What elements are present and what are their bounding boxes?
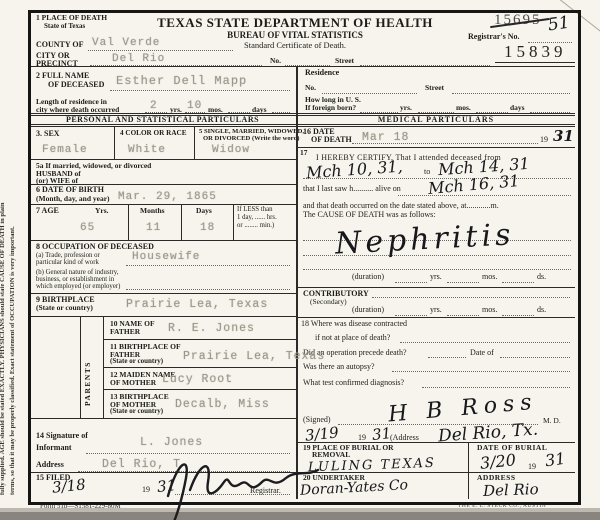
margin-note-outer: fully supplied. AGE should be stated EXA… bbox=[0, 30, 7, 495]
rule bbox=[28, 115, 575, 116]
rule bbox=[194, 126, 195, 159]
filed-year-prefix: 19 bbox=[142, 486, 150, 494]
duration-ds-label: ds. bbox=[537, 273, 546, 281]
age-less-label2: 1 day, ...... hrs. bbox=[237, 214, 277, 221]
occupation-b-label3: which employed (or employer) bbox=[36, 283, 120, 290]
residence-yrs-value: 2 bbox=[150, 100, 158, 112]
operation-date-label: Date of bbox=[470, 349, 494, 357]
duration-yrs-label: yrs. bbox=[430, 273, 442, 281]
signed-date-value: 3/19 bbox=[304, 423, 339, 444]
rule bbox=[28, 293, 297, 294]
signed-year-value: 31 bbox=[371, 424, 392, 444]
age-less-label3: or ........ min.) bbox=[237, 222, 274, 229]
rule bbox=[428, 356, 466, 358]
informant-label2: Informant bbox=[36, 444, 72, 452]
rule bbox=[322, 92, 417, 94]
autopsy-label: Was there an autopsy? bbox=[303, 363, 375, 371]
rule bbox=[297, 287, 575, 288]
registrar-no-label: Registrar's No. bbox=[468, 33, 520, 41]
rule bbox=[114, 126, 115, 159]
signed-md-label: M. D. bbox=[543, 417, 561, 425]
mother-name-value: Lucy Root bbox=[162, 373, 233, 386]
rule bbox=[297, 147, 575, 148]
registrar-signature bbox=[150, 448, 325, 518]
rule bbox=[422, 386, 570, 388]
county-label: COUNTY OF bbox=[36, 41, 83, 49]
rule bbox=[395, 281, 427, 283]
residence-mos-value: 10 bbox=[187, 100, 202, 112]
age-months-value: 11 bbox=[146, 222, 161, 234]
date-of-death-value: Mar 18 bbox=[362, 131, 409, 144]
rule bbox=[468, 442, 469, 499]
burial-year-prefix: 19 bbox=[528, 463, 536, 471]
us-yrs-label: yrs. bbox=[400, 104, 412, 112]
where-contracted-label2: if not at place of death? bbox=[315, 334, 390, 342]
rule bbox=[502, 314, 534, 316]
dod-year-prefix: 19 bbox=[540, 136, 548, 144]
contributory-sublabel: (Secondary) bbox=[310, 298, 347, 306]
header-no-label: No. bbox=[270, 57, 281, 65]
father-birthplace-value: Prairie Lea, Texas bbox=[183, 350, 325, 363]
rule bbox=[398, 194, 571, 196]
rule bbox=[395, 314, 427, 316]
date-of-death-label2: OF DEATH bbox=[311, 136, 352, 144]
age-label: 7 AGE bbox=[36, 207, 59, 215]
death-certificate-scan: fully supplied. AGE should be stated EXA… bbox=[0, 0, 600, 520]
father-name-value: R. E. Jones bbox=[168, 322, 255, 335]
rule bbox=[303, 268, 571, 270]
informant-address-label: Address bbox=[36, 461, 64, 469]
rule bbox=[297, 442, 575, 443]
rule bbox=[28, 418, 297, 419]
dod-year-value: 31 bbox=[553, 127, 574, 145]
form-number: Form 51b—S1581-229-80M bbox=[40, 503, 121, 510]
rule bbox=[103, 389, 297, 390]
rule bbox=[495, 62, 575, 63]
column-divider bbox=[296, 66, 298, 499]
residence-label: Residence bbox=[305, 69, 339, 77]
age-yrs-header: Yrs. bbox=[95, 207, 109, 215]
rule bbox=[392, 370, 570, 372]
duration2-label: (duration) bbox=[352, 306, 384, 314]
rule bbox=[103, 367, 297, 368]
rule bbox=[28, 316, 297, 317]
rule bbox=[28, 184, 297, 185]
father-name-label2: FATHER bbox=[110, 328, 140, 336]
rule bbox=[28, 159, 297, 160]
rule bbox=[28, 124, 575, 125]
printer-mark: THE E. L. STECK CO., AUSTIN bbox=[458, 504, 546, 510]
mother-birthplace-value: Decalb, Miss bbox=[175, 398, 270, 411]
undertaker-address-value: Del Rio bbox=[483, 480, 539, 500]
birthplace-value: Prairie Lea, Texas bbox=[126, 298, 268, 311]
city-precinct-label2: PRECINCT bbox=[36, 60, 78, 68]
state-of-texas-label: State of Texas bbox=[44, 23, 85, 30]
certify-number: 17 bbox=[300, 149, 308, 157]
rule bbox=[233, 204, 234, 240]
duration-mos-label: mos. bbox=[482, 273, 497, 281]
rule bbox=[447, 314, 479, 316]
rule bbox=[500, 356, 570, 358]
sex-label: 3. SEX bbox=[36, 130, 60, 138]
duration2-ds-label: ds. bbox=[537, 306, 546, 314]
cause-of-death-label: The CAUSE OF DEATH was as follows: bbox=[303, 211, 435, 219]
full-name-label2: OF DECEASED bbox=[48, 81, 104, 89]
rule bbox=[372, 296, 570, 298]
us-days-label: days bbox=[510, 104, 525, 112]
date-of-birth-sublabel: (Month, day, and year) bbox=[36, 195, 110, 203]
rule bbox=[28, 204, 297, 205]
rule bbox=[126, 288, 290, 290]
birthplace-sublabel: (State or country) bbox=[36, 304, 93, 312]
rule bbox=[400, 341, 570, 343]
header-street-label: Street bbox=[335, 57, 354, 65]
rule bbox=[28, 113, 575, 114]
place-of-death-label: 1 PLACE OF DEATH bbox=[36, 14, 107, 22]
mother-birthplace-sublabel: (State or country) bbox=[110, 408, 163, 415]
date-of-birth-value: Mar. 29, 1865 bbox=[118, 191, 217, 203]
age-days-value: 18 bbox=[200, 222, 215, 234]
burial-date-value: 3/20 bbox=[479, 450, 517, 473]
filed-date-value: 3/18 bbox=[51, 475, 86, 496]
rule bbox=[28, 240, 297, 241]
sex-value: Female bbox=[42, 144, 88, 156]
parents-label: PARENTS bbox=[84, 330, 92, 406]
last-saw-label: that I last saw h.......... alive on bbox=[303, 185, 401, 193]
mother-name-label2: OF MOTHER bbox=[110, 379, 156, 387]
rule bbox=[103, 339, 297, 340]
us-mos-label: mos. bbox=[456, 104, 471, 112]
us-length-label2: If foreign born? bbox=[305, 104, 356, 112]
rule bbox=[88, 49, 233, 51]
residence-street-label: Street bbox=[425, 84, 444, 92]
age-months-header: Months bbox=[140, 207, 165, 215]
race-value: White bbox=[128, 144, 166, 156]
rule bbox=[28, 66, 575, 67]
age-yrs-value: 65 bbox=[80, 222, 95, 234]
rule bbox=[297, 317, 575, 318]
occupation-a-label2: particular kind of work bbox=[36, 259, 99, 266]
rule bbox=[28, 126, 575, 127]
race-label: 4 COLOR OR RACE bbox=[120, 130, 187, 138]
signed-label: (Signed) bbox=[303, 416, 331, 424]
rule bbox=[452, 92, 570, 94]
rule bbox=[528, 41, 572, 43]
occupation-value: Housewife bbox=[132, 251, 200, 263]
rule bbox=[447, 281, 479, 283]
rule bbox=[181, 204, 182, 240]
certificate-number: 15839 bbox=[504, 43, 567, 61]
rule bbox=[110, 89, 290, 91]
test-label: What test confirmed diagnosis? bbox=[303, 379, 404, 387]
rule bbox=[80, 316, 81, 418]
marital-label2: OR DIVORCED (Write the word) bbox=[203, 136, 299, 143]
marital-value: Widow bbox=[212, 144, 250, 156]
duration-label: (duration) bbox=[352, 273, 384, 281]
rule bbox=[126, 264, 290, 266]
burial-year-value: 31 bbox=[544, 449, 567, 471]
duration2-yrs-label: yrs. bbox=[430, 306, 442, 314]
margin-note-inner: terms, so that it may be properly classi… bbox=[10, 30, 17, 495]
form-title: TEXAS STATE DEPARTMENT OF HEALTH bbox=[150, 16, 440, 30]
where-contracted-label: 18 Where was disease contracted bbox=[301, 320, 407, 328]
age-days-header: Days bbox=[196, 207, 212, 215]
duration2-mos-label: mos. bbox=[482, 306, 497, 314]
age-less-label: If LESS than bbox=[237, 206, 273, 213]
to-label: to bbox=[424, 168, 430, 176]
city-value: Del Rio bbox=[112, 53, 165, 65]
father-birthplace-sublabel: (State or country) bbox=[110, 358, 163, 365]
informant-label: 14 Signature of bbox=[36, 432, 88, 440]
rule bbox=[128, 204, 129, 240]
rule bbox=[502, 281, 534, 283]
residence-no-label: No. bbox=[305, 84, 316, 92]
handwritten-registrar-number: 51 bbox=[547, 13, 571, 36]
deceased-name-value: Esther Dell Mapp bbox=[116, 74, 247, 88]
county-value: Val Verde bbox=[92, 37, 160, 49]
